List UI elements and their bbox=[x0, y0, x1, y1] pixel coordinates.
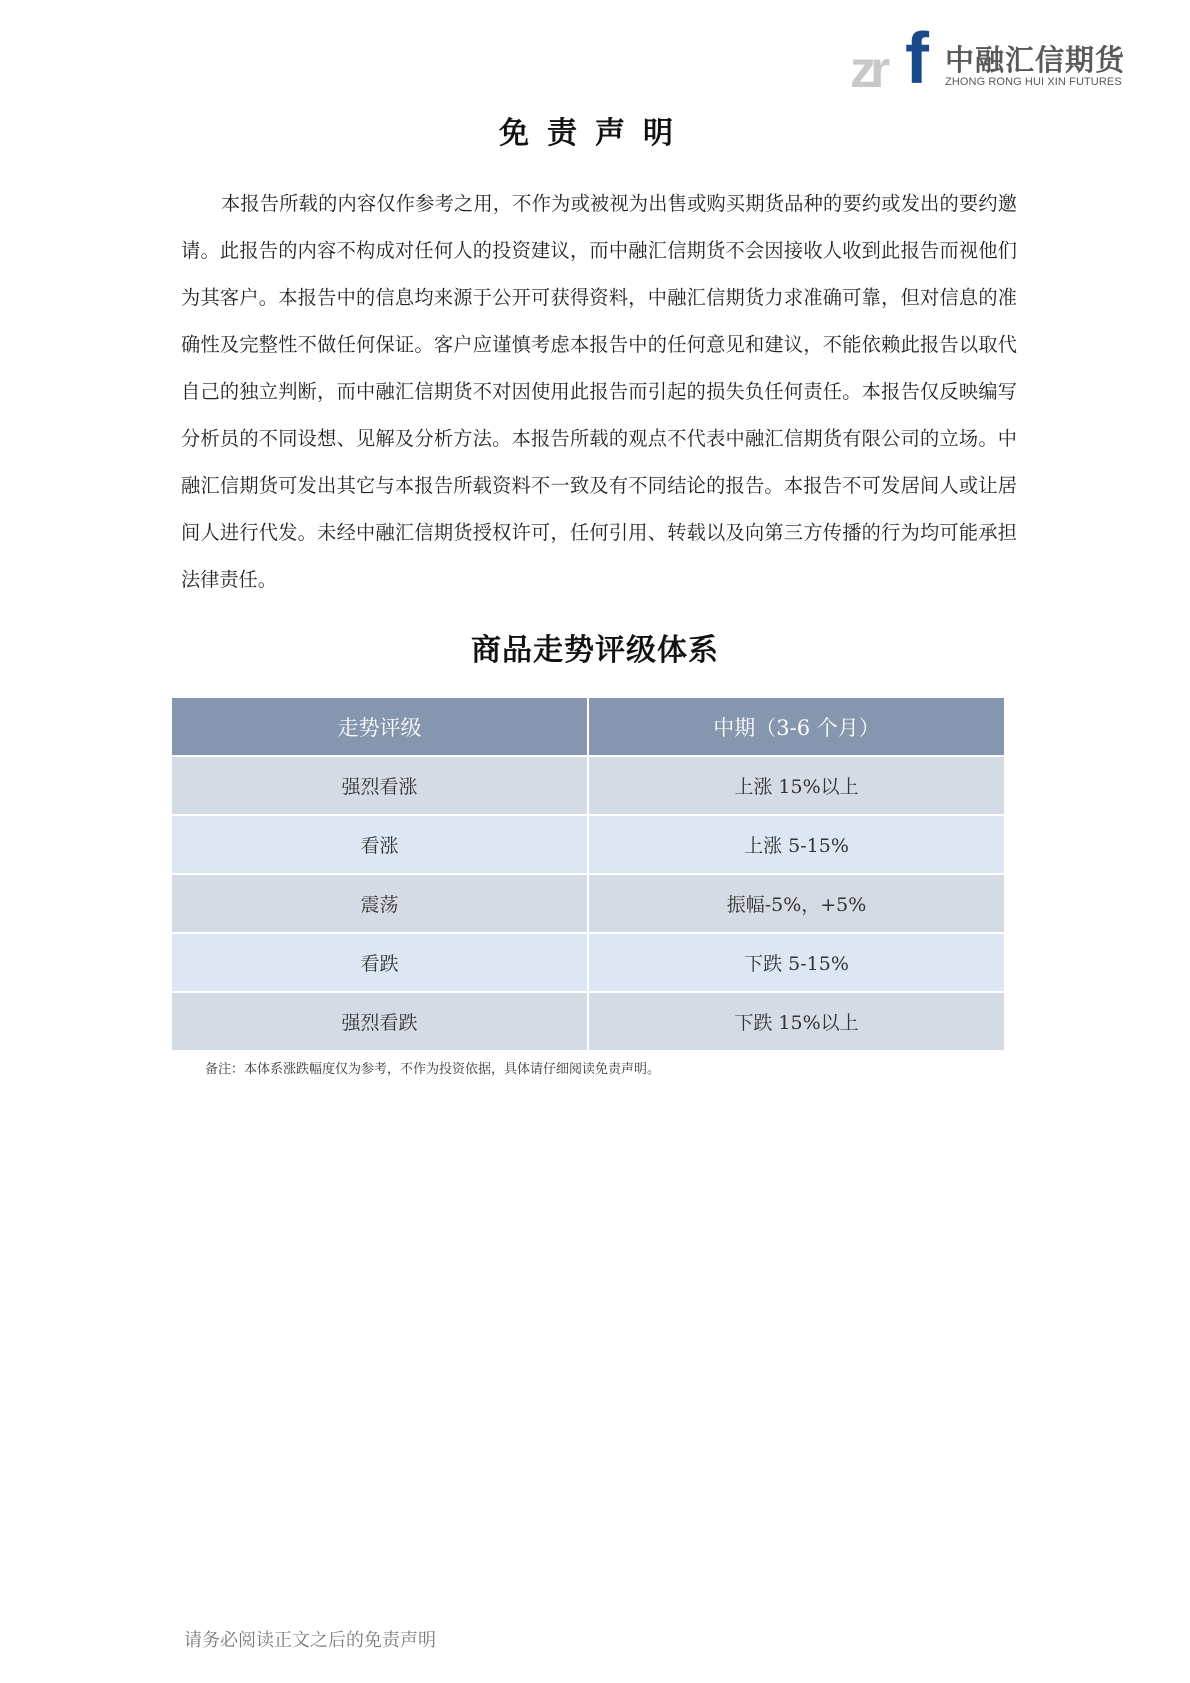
page-footer: 请务必阅读正文之后的免责声明 bbox=[184, 1626, 436, 1652]
table-row: 强烈看跌 下跌 15%以上 bbox=[171, 992, 1005, 1051]
table-row: 看涨 上涨 5-15% bbox=[171, 815, 1005, 874]
rating-cell: 震荡 bbox=[171, 874, 588, 933]
range-cell: 下跌 5-15% bbox=[588, 933, 1005, 992]
rating-cell: 看跌 bbox=[171, 933, 588, 992]
column-header-range: 中期（3-6 个月） bbox=[588, 697, 1005, 756]
table-note: 备注：本体系涨跌幅度仅为参考，不作为投资依据，具体请仔细阅读免责声明。 bbox=[205, 1058, 660, 1077]
table-row: 震荡 振幅-5%，+5% bbox=[171, 874, 1005, 933]
table-header-row: 走势评级 中期（3-6 个月） bbox=[171, 697, 1005, 756]
table-row: 强烈看涨 上涨 15%以上 bbox=[171, 756, 1005, 815]
logo-name-en: ZHONG RONG HUI XIN FUTURES bbox=[945, 76, 1122, 88]
rating-system-title: 商品走势评级体系 bbox=[0, 625, 1190, 669]
logo-mark-zr: zr bbox=[850, 46, 884, 94]
range-cell: 振幅-5%，+5% bbox=[588, 874, 1005, 933]
disclaimer-title: 免责声明 bbox=[0, 108, 1190, 152]
table-row: 看跌 下跌 5-15% bbox=[171, 933, 1005, 992]
logo-mark-f: f bbox=[905, 28, 929, 90]
rating-cell: 强烈看跌 bbox=[171, 992, 588, 1051]
disclaimer-body: 本报告所载的内容仅作参考之用，不作为或被视为出售或购买期货品种的要约或发出的要约… bbox=[181, 180, 1017, 603]
rating-cell: 看涨 bbox=[171, 815, 588, 874]
rating-table: 走势评级 中期（3-6 个月） 强烈看涨 上涨 15%以上 看涨 上涨 5-15… bbox=[170, 696, 1006, 1052]
company-logo: zr f 中融汇信期货 ZHONG RONG HUI XIN FUTURES bbox=[850, 28, 1120, 88]
range-cell: 上涨 15%以上 bbox=[588, 756, 1005, 815]
logo-name-cn: 中融汇信期货 bbox=[945, 38, 1125, 79]
column-header-rating: 走势评级 bbox=[171, 697, 588, 756]
range-cell: 下跌 15%以上 bbox=[588, 992, 1005, 1051]
rating-cell: 强烈看涨 bbox=[171, 756, 588, 815]
range-cell: 上涨 5-15% bbox=[588, 815, 1005, 874]
